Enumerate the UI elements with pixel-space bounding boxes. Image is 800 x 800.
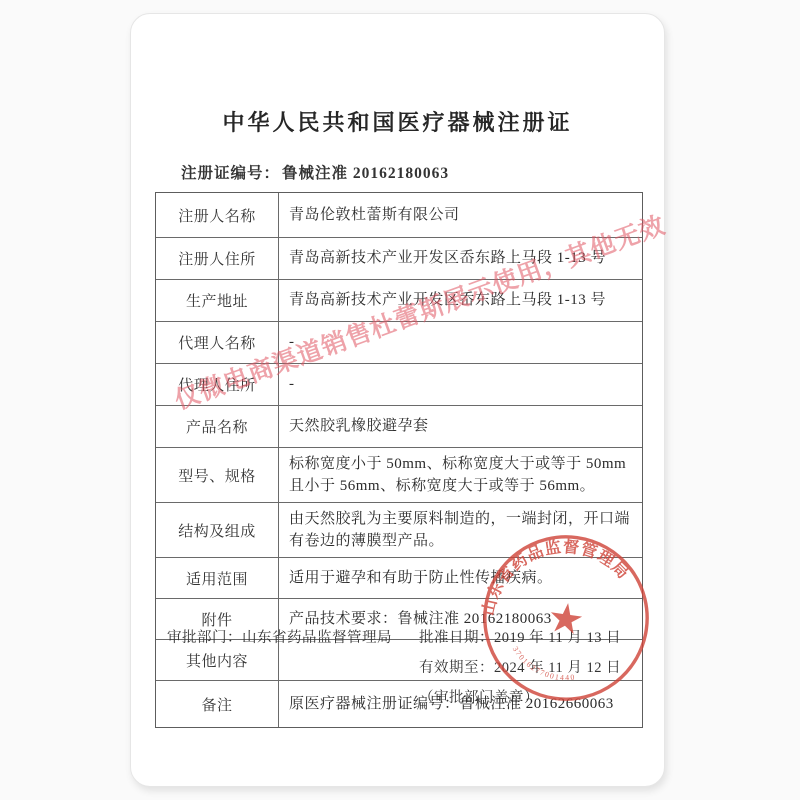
- row-value: 青岛伦敦杜蕾斯有限公司: [279, 193, 642, 237]
- row-label: 代理人住所: [156, 364, 279, 405]
- registration-number-label: 注册证编号：: [181, 165, 280, 182]
- row-value: 青岛高新技术产业开发区岙东路上马段 1-13 号: [279, 238, 642, 279]
- row-value: 天然胶乳橡胶避孕套: [279, 406, 642, 447]
- table-row: 产品名称 天然胶乳橡胶避孕套: [156, 405, 642, 447]
- row-label: 产品名称: [156, 406, 279, 447]
- valid-until-label: 有效期至：: [419, 660, 494, 676]
- row-value: 由天然胶乳为主要原料制造的，一端封闭，开口端有卷边的薄膜型产品。: [279, 503, 642, 557]
- table-row: 代理人住所 -: [156, 363, 642, 405]
- row-label: 注册人住所: [156, 238, 279, 279]
- registration-number-line: 注册证编号：鲁械注准 20162180063: [181, 161, 449, 183]
- row-label: 代理人名称: [156, 322, 279, 363]
- approval-department-line: 审批部门：山东省药品监督管理局: [167, 626, 392, 647]
- registration-number-value: 鲁械注准 20162180063: [282, 165, 449, 182]
- row-value: -: [279, 322, 642, 363]
- approval-date-value: 2019 年 11 月 13 日: [494, 630, 621, 646]
- page-background: { "certificate": { "title": "中华人民共和国医疗器械…: [0, 0, 800, 800]
- approval-date-line: 批准日期：2019 年 11 月 13 日: [419, 626, 621, 647]
- valid-until-value: 2024 年 11 月 12 日: [494, 660, 621, 676]
- table-row: 适用范围 适用于避孕和有助于防止性传播疾病。: [156, 557, 642, 598]
- row-label: 结构及组成: [156, 503, 279, 557]
- table-row: 注册人住所 青岛高新技术产业开发区岙东路上马段 1-13 号: [156, 237, 642, 279]
- table-row: 生产地址 青岛高新技术产业开发区岙东路上马段 1-13 号: [156, 279, 642, 321]
- seal-note: （审批部门盖章）: [419, 686, 621, 707]
- approval-department-value: 山东省药品监督管理局: [242, 630, 392, 646]
- table-row: 代理人名称 -: [156, 321, 642, 363]
- row-value: -: [279, 364, 642, 405]
- row-label: 生产地址: [156, 280, 279, 321]
- row-label: 备注: [156, 681, 279, 727]
- row-value: 适用于避孕和有助于防止性传播疾病。: [279, 558, 642, 598]
- row-label: 型号、规格: [156, 448, 279, 502]
- approval-department-label: 审批部门：: [167, 630, 242, 646]
- row-value: 标称宽度小于 50mm、标称宽度大于或等于 50mm 且小于 56mm、标称宽度…: [279, 448, 642, 502]
- row-label: 适用范围: [156, 558, 279, 598]
- approval-date-label: 批准日期：: [419, 630, 494, 646]
- table-row: 结构及组成 由天然胶乳为主要原料制造的，一端封闭，开口端有卷边的薄膜型产品。: [156, 502, 642, 557]
- table-row: 型号、规格 标称宽度小于 50mm、标称宽度大于或等于 50mm 且小于 56m…: [156, 447, 642, 502]
- certificate-title: 中华人民共和国医疗器械注册证: [131, 106, 664, 137]
- approval-dates-block: 批准日期：2019 年 11 月 13 日 有效期至：2024 年 11 月 1…: [419, 626, 621, 716]
- table-row: 注册人名称 青岛伦敦杜蕾斯有限公司: [156, 193, 642, 237]
- row-value: 青岛高新技术产业开发区岙东路上马段 1-13 号: [279, 280, 642, 321]
- valid-until-line: 有效期至：2024 年 11 月 12 日: [419, 656, 621, 677]
- certificate-card: 中华人民共和国医疗器械注册证 注册证编号：鲁械注准 20162180063 注册…: [130, 13, 665, 787]
- row-label: 注册人名称: [156, 193, 279, 237]
